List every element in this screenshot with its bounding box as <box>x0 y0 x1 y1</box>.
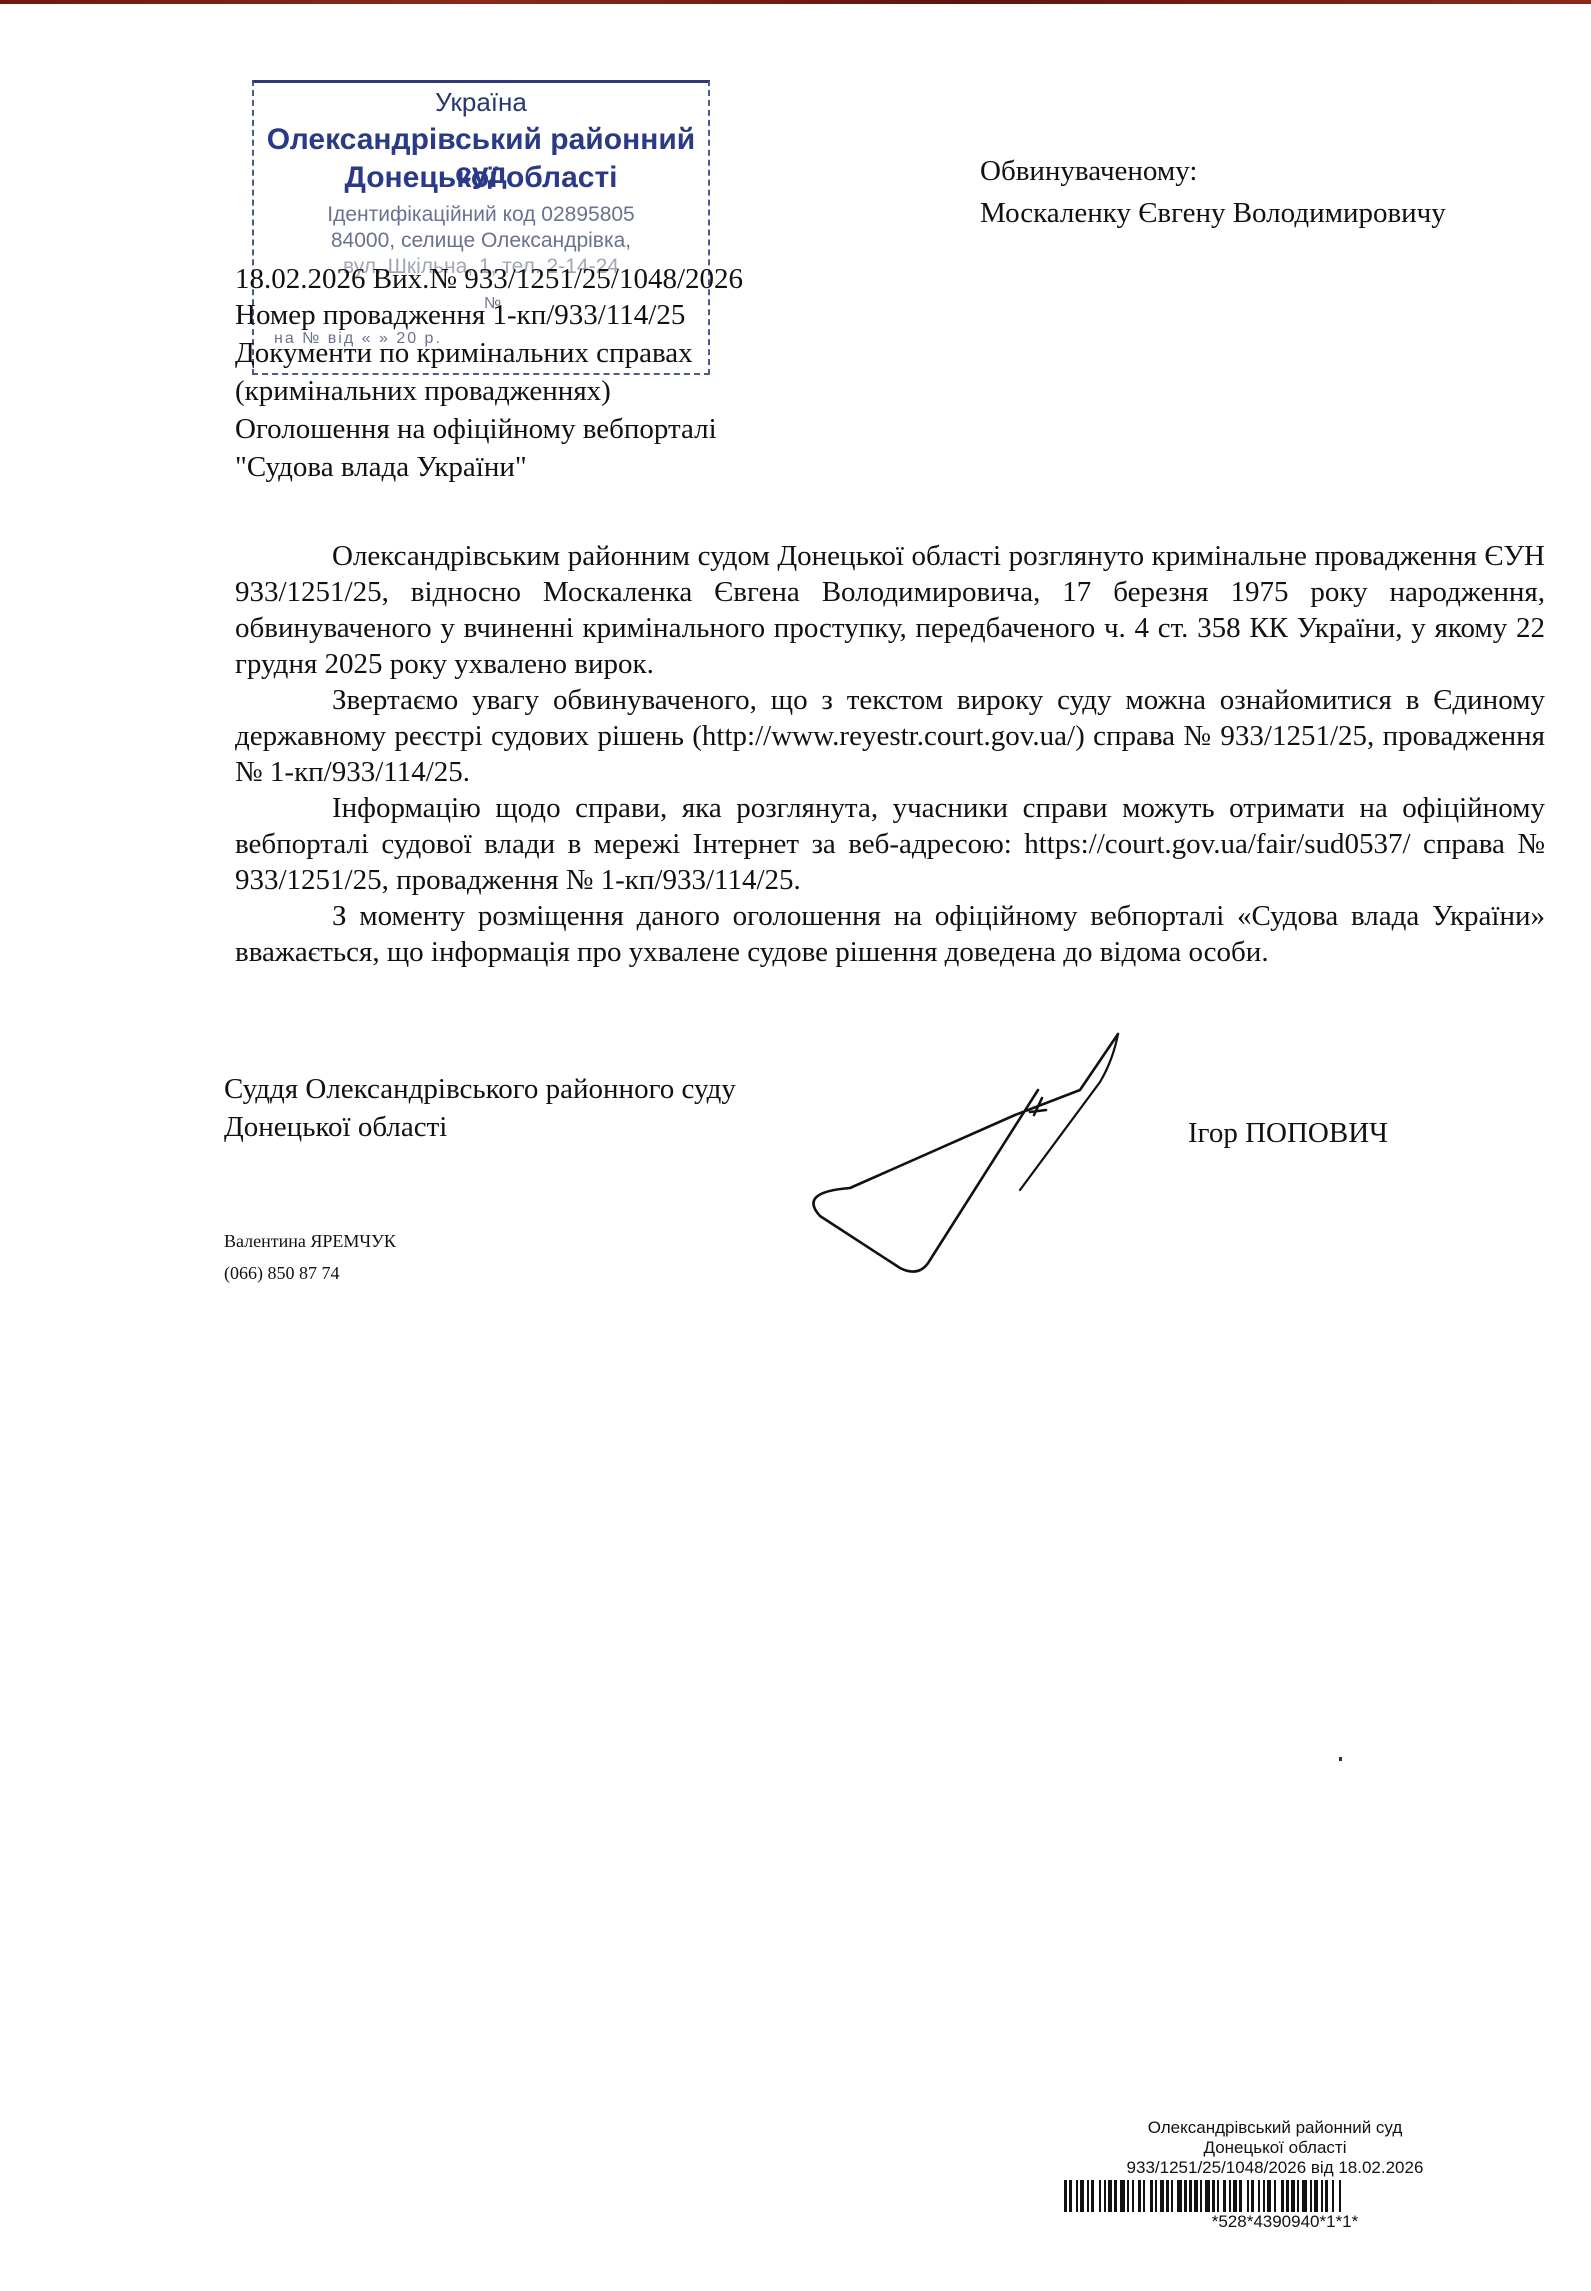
category-line-2: (кримінальних провадженнях) <box>235 374 611 408</box>
notice-line-1: Оголошення на офіційному вебпорталі <box>235 412 717 446</box>
registration-barcode-block: Олександрівський районний суд Донецької … <box>1060 2118 1490 2232</box>
notice-line-2: "Судова влада України" <box>235 450 527 484</box>
stamp-address: 84000, селище Олександрівка, <box>254 229 708 253</box>
barcode-court-name: Олександрівський районний суд <box>1060 2118 1490 2138</box>
judge-position: Суддя Олександрівського районного суду Д… <box>224 1070 736 1146</box>
stamp-court-region: Донецької області <box>254 161 708 195</box>
paragraph-registry: Звертаємо увагу обвинуваченого, що з тек… <box>235 682 1545 790</box>
executor-name: Валентина ЯРЕМЧУК <box>224 1231 396 1252</box>
paragraph-case-review: Олександрівським районним судом Донецько… <box>235 538 1545 682</box>
judge-position-line-2: Донецької області <box>224 1108 736 1146</box>
scan-speck <box>1339 1757 1342 1761</box>
judge-name: Ігор ПОПОВИЧ <box>1188 1117 1388 1150</box>
executor-phone: (066) 850 87 74 <box>224 1263 340 1284</box>
paragraph-court-portal: Інформацію щодо справи, яка розглянута, … <box>235 790 1545 898</box>
paragraph-notification: З моменту розміщення даного оголошення н… <box>235 898 1545 970</box>
stamp-country: Україна <box>254 87 708 118</box>
addressee-label: Обвинуваченому: <box>980 150 1446 192</box>
barcode-code: *528*4390940*1*1* <box>1080 2212 1490 2232</box>
addressee-block: Обвинуваченому: Москаленку Євгену Володи… <box>980 150 1446 234</box>
outgoing-number: 18.02.2026 Вих.№ 933/1251/25/1048/2026 <box>235 262 743 296</box>
barcode-icon <box>1064 2180 1490 2212</box>
notice-body: Олександрівським районним судом Донецько… <box>235 538 1545 970</box>
barcode-reference: 933/1251/25/1048/2026 від 18.02.2026 <box>1060 2158 1490 2178</box>
stamp-id-code: Ідентифікаційний код 02895805 <box>254 203 708 227</box>
judge-position-line-1: Суддя Олександрівського районного суду <box>224 1070 736 1108</box>
barcode-court-region: Донецької області <box>1060 2138 1490 2158</box>
proceeding-number: Номер провадження 1-кп/933/114/25 <box>235 298 685 332</box>
category-line-1: Документи по кримінальних справах <box>235 336 693 370</box>
handwritten-signature-icon <box>780 1020 1140 1280</box>
addressee-name: Москаленку Євгену Володимировичу <box>980 192 1446 234</box>
page-top-edge <box>0 0 1591 4</box>
